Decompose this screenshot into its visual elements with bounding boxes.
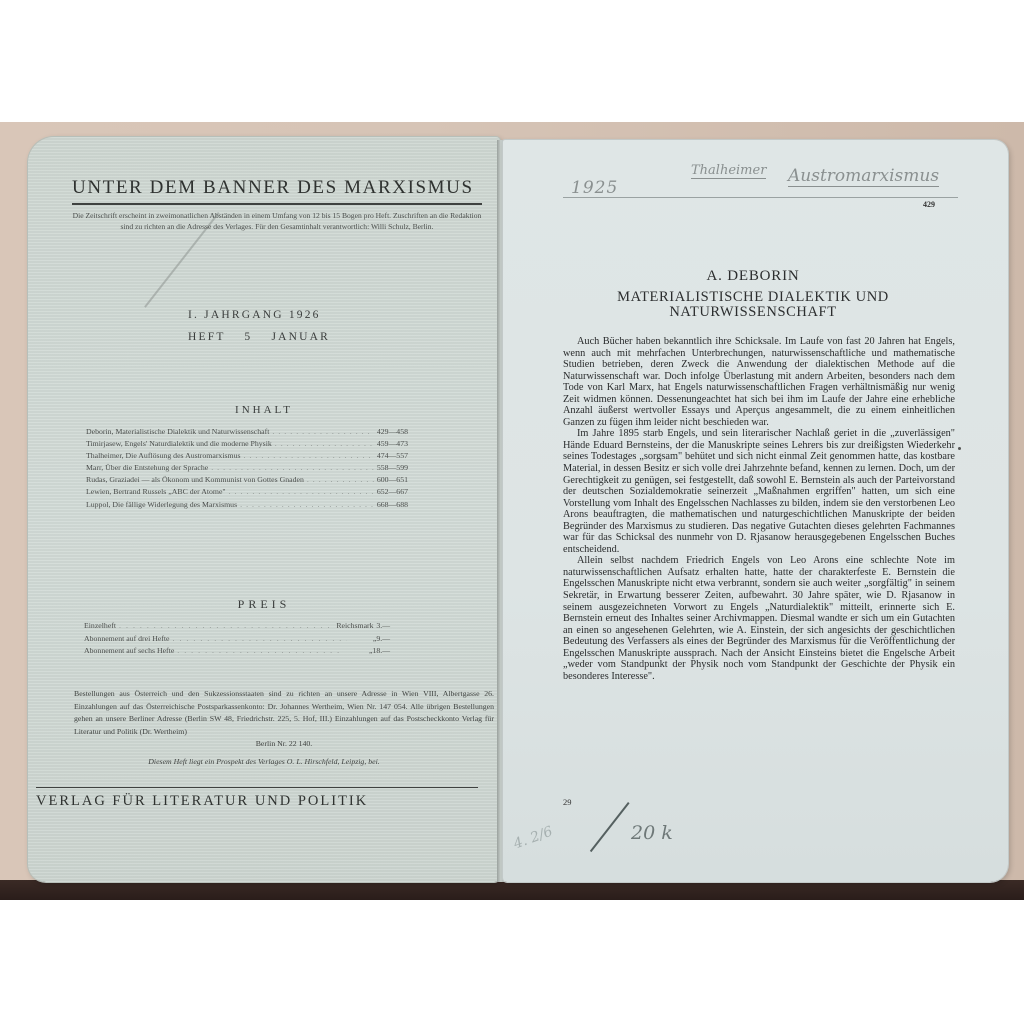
toc-entry: Luppol, Die fällige Widerlegung des Marx… bbox=[86, 499, 408, 511]
handwritten-year: 1925 bbox=[571, 178, 618, 198]
price-label: Abonnement auf drei Hefte bbox=[84, 633, 170, 646]
handwritten-name: Thalheimer bbox=[691, 163, 766, 179]
article-paragraph: Allein selbst nachdem Friedrich Engels v… bbox=[563, 555, 955, 682]
toc-entry-pages: 459—473 bbox=[377, 438, 408, 450]
masthead-note: Die Zeitschrift erscheint in zweimonatli… bbox=[72, 210, 482, 232]
issue-line: HEFT 5 JANUAR bbox=[188, 331, 330, 343]
article-body: Auch Bücher haben bekanntlich ihre Schic… bbox=[563, 336, 955, 682]
pencil-slash-mark bbox=[590, 802, 630, 852]
price-leader-dots: ........................................… bbox=[119, 620, 333, 633]
article-paragraph: Auch Bücher haben bekanntlich ihre Schic… bbox=[563, 336, 955, 428]
toc-entry-pages: 668—688 bbox=[377, 499, 408, 511]
toc-entry: Deborin, Materialistische Dialektik und … bbox=[86, 426, 408, 438]
toc-entry-pages: 600—651 bbox=[377, 474, 408, 486]
toc-entry-pages: 652—667 bbox=[377, 486, 408, 498]
journal-cover-page: UNTER DEM BANNER DES MARXISMUS Die Zeits… bbox=[28, 137, 500, 882]
price-entry: Abonnement auf drei Hefte...............… bbox=[84, 633, 390, 646]
contents-heading: INHALT bbox=[28, 404, 500, 416]
price-currency: Reichsmark bbox=[336, 620, 373, 633]
table-of-contents: Deborin, Materialistische Dialektik und … bbox=[86, 426, 408, 511]
price-entry: Abonnement auf sechs Hefte..............… bbox=[84, 645, 390, 658]
toc-leader-dots: ........................................… bbox=[244, 450, 374, 462]
handwritten-margin-note: 4. 2/6 bbox=[511, 824, 554, 853]
handwritten-topic: Austromarxismus bbox=[788, 166, 939, 187]
toc-leader-dots: ........................................… bbox=[272, 426, 373, 438]
article-author: A. DEBORIN bbox=[503, 268, 1003, 285]
volume-year: I. JAHRGANG 1926 bbox=[188, 309, 321, 321]
ink-dot bbox=[958, 447, 961, 450]
toc-leader-dots: ........................................… bbox=[229, 486, 374, 498]
issue-month: JANUAR bbox=[271, 331, 330, 343]
toc-leader-dots: ........................................… bbox=[240, 499, 374, 511]
toc-entry-pages: 558—599 bbox=[377, 462, 408, 474]
page-number: 429 bbox=[923, 200, 935, 209]
price-currency: „ bbox=[350, 633, 377, 646]
price-heading: PREIS bbox=[28, 597, 500, 612]
publisher-rule bbox=[36, 787, 478, 788]
toc-leader-dots: ........................................… bbox=[211, 462, 374, 474]
signature-mark: 29 bbox=[563, 797, 572, 807]
toc-entry: Marr, Über die Entstehung der Sprache...… bbox=[86, 462, 408, 474]
toc-entry-title: Luppol, Die fällige Widerlegung des Marx… bbox=[86, 499, 237, 511]
article-title-line-1: MATERIALISTISCHE DIALEKTIK UND bbox=[503, 290, 1003, 305]
toc-entry-title: Deborin, Materialistische Dialektik und … bbox=[86, 426, 269, 438]
ordering-account: Berlin Nr. 22 140. bbox=[74, 738, 494, 751]
article-title-line-2: NATURWISSENSCHAFT bbox=[503, 305, 1003, 320]
price-leader-dots: ........................................… bbox=[173, 633, 347, 646]
price-leader-dots: ........................................… bbox=[177, 645, 344, 658]
toc-entry: Rudas, Graziadei — als Ökonom und Kommun… bbox=[86, 474, 408, 486]
price-amount: 18.— bbox=[372, 645, 390, 658]
handwritten-price: 20 k bbox=[631, 822, 673, 844]
toc-entry: Lewien, Bertrand Russels „ABC der Atome"… bbox=[86, 486, 408, 498]
price-currency: „ bbox=[347, 645, 373, 658]
price-amount: 9.— bbox=[376, 633, 390, 646]
ordering-info: Bestellungen aus Österreich und den Sukz… bbox=[74, 688, 494, 751]
toc-entry-title: Thalheimer, Die Auflösung des Austromarx… bbox=[86, 450, 241, 462]
price-entry: Einzelheft..............................… bbox=[84, 620, 390, 633]
toc-entry-title: Rudas, Graziadei — als Ökonom und Kommun… bbox=[86, 474, 304, 486]
journal-title: UNTER DEM BANNER DES MARXISMUS bbox=[72, 177, 482, 205]
toc-entry-title: Lewien, Bertrand Russels „ABC der Atome" bbox=[86, 486, 226, 498]
toc-entry-title: Marr, Über die Entstehung der Sprache bbox=[86, 462, 208, 474]
insert-note: Diesem Heft liegt ein Prospekt des Verla… bbox=[28, 757, 500, 766]
ordering-text: Bestellungen aus Österreich und den Sukz… bbox=[74, 688, 494, 738]
article-paragraph: Im Jahre 1895 starb Engels, und sein lit… bbox=[563, 428, 955, 555]
issue-number: HEFT 5 bbox=[188, 331, 252, 343]
toc-entry-pages: 429—458 bbox=[377, 426, 408, 438]
price-amount: 3.— bbox=[374, 620, 390, 633]
toc-leader-dots: ........................................… bbox=[275, 438, 374, 450]
price-label: Einzelheft bbox=[84, 620, 116, 633]
article-page: 1925 Thalheimer Austromarxismus 429 A. D… bbox=[503, 140, 1008, 882]
article-title: MATERIALISTISCHE DIALEKTIK UND NATURWISS… bbox=[503, 290, 1003, 320]
toc-entry-pages: 474—557 bbox=[377, 450, 408, 462]
toc-entry: Timirjasew, Engels' Naturdialektik und d… bbox=[86, 438, 408, 450]
price-label: Abonnement auf sechs Hefte bbox=[84, 645, 174, 658]
toc-entry-title: Timirjasew, Engels' Naturdialektik und d… bbox=[86, 438, 272, 450]
header-rule bbox=[563, 197, 958, 198]
publisher-name: VERLAG FÜR LITERATUR UND POLITIK bbox=[36, 793, 486, 810]
toc-entry: Thalheimer, Die Auflösung des Austromarx… bbox=[86, 450, 408, 462]
table-shadow bbox=[0, 880, 1024, 900]
toc-leader-dots: ........................................… bbox=[307, 474, 374, 486]
price-list: Einzelheft..............................… bbox=[84, 620, 390, 658]
